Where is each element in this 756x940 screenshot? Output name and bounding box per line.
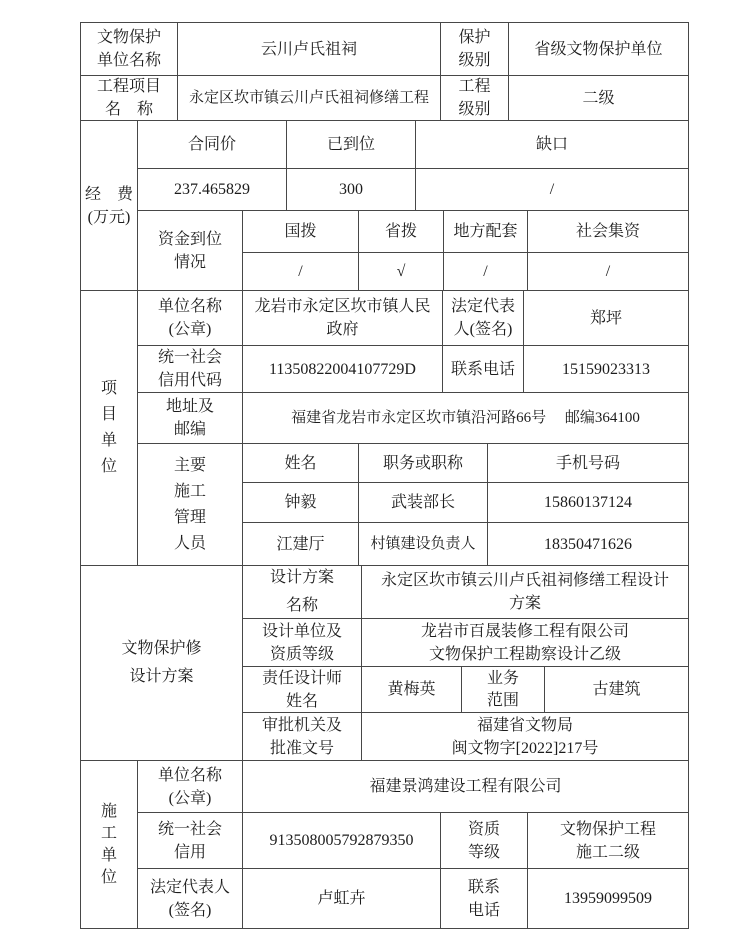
manager-row-name: 江建厅 [242,522,359,566]
design-plan-name-value: 永定区坎市镇云川卢氏祖祠修缮工程设计 方案 [361,565,689,619]
design-unit-label: 设计单位及 资质等级 [242,618,362,667]
construction-unit-representative-value: 卢虹卉 [242,868,441,929]
protection-level-value: 省级文物保护单位 [508,22,689,76]
heritage-project-form: 文物保护 单位名称 云川卢氏祖祠 保护 级别 省级文物保护单位 工程项目 名 称… [0,0,756,940]
construction-unit-credit-label: 统一社会 信用 [137,812,243,869]
construction-unit-section-label: 施 工 单 位 [80,760,138,929]
manager-row-phone: 15860137124 [487,482,689,523]
lead-designer-label: 责任设计师 姓名 [242,666,362,713]
project-unit-name-value: 龙岩市永定区坎市镇人民 政府 [242,290,443,346]
project-unit-address-label: 地址及 邮编 [137,392,243,444]
approval-authority-label: 审批机关及 批准文号 [242,712,362,761]
social-funding-header: 社会集资 [527,210,689,253]
funding-gap-value: / [415,168,689,211]
project-unit-phone-value: 15159023313 [523,345,689,393]
project-unit-credit-code-value: 11350822004107729D [242,345,443,393]
construction-unit-representative-label: 法定代表人 (签名) [137,868,243,929]
qualification-level-value: 文物保护工程 施工二级 [527,812,689,869]
project-unit-representative-label: 法定代表 人(签名) [442,290,524,346]
funding-gap-header: 缺口 [415,120,689,169]
approval-authority-value: 福建省文物局 闽文物字[2022]217号 [361,712,689,761]
manager-row-title: 村镇建设负责人 [358,522,488,566]
construction-unit-phone-label: 联系 电话 [440,868,528,929]
project-level-value: 二级 [508,75,689,121]
design-plan-section-label: 文物保护修 设计方案 [80,565,243,761]
project-unit-credit-code-label: 统一社会 信用代码 [137,345,243,393]
provincial-grant-header: 省拨 [358,210,444,253]
protected-unit-name-label: 文物保护 单位名称 [80,22,178,76]
manager-row-title: 武装部长 [358,482,488,523]
provincial-grant-checkmark: √ [358,252,444,291]
business-scope-label: 业务 范围 [461,666,545,713]
qualification-level-label: 资质 等级 [440,812,528,869]
protection-level-label: 保护 级别 [440,22,509,76]
contract-price-value: 237.465829 [137,168,287,211]
business-scope-value: 古建筑 [544,666,689,713]
manager-title-header: 职务或职称 [358,443,488,483]
national-grant-value: / [242,252,359,291]
project-unit-representative-value: 郑坪 [523,290,689,346]
construction-unit-name-value: 福建景鸿建设工程有限公司 [242,760,689,813]
received-funds-header: 已到位 [286,120,416,169]
project-unit-name-label: 单位名称 (公章) [137,290,243,346]
lead-designer-value: 黄梅英 [361,666,462,713]
contract-price-header: 合同价 [137,120,287,169]
construction-unit-name-label: 单位名称 (公章) [137,760,243,813]
manager-row-name: 钟毅 [242,482,359,523]
manager-row-phone: 18350471626 [487,522,689,566]
project-name-label: 工程项目 名 称 [80,75,178,121]
funds-availability-label: 资金到位 情况 [137,210,243,291]
local-matching-header: 地方配套 [443,210,528,253]
design-plan-name-label: 设计方案 名称 [242,565,362,619]
managers-section-label: 主要 施工 管理 人员 [137,443,243,566]
construction-unit-credit-value: 913508005792879350 [242,812,441,869]
national-grant-header: 国拨 [242,210,359,253]
received-funds-value: 300 [286,168,416,211]
project-unit-address-value: 福建省龙岩市永定区坎市镇沿河路66号 邮编364100 [242,392,689,444]
manager-name-header: 姓名 [242,443,359,483]
project-name-value: 永定区坎市镇云川卢氏祖祠修缮工程 [177,75,441,121]
project-unit-section-label: 项 目 单 位 [80,290,138,566]
project-unit-phone-label: 联系电话 [442,345,524,393]
protected-unit-name-value: 云川卢氏祖祠 [177,22,441,76]
local-matching-value: / [443,252,528,291]
construction-unit-phone-value: 13959099509 [527,868,689,929]
project-level-label: 工程 级别 [440,75,509,121]
design-unit-value: 龙岩市百晟装修工程有限公司 文物保护工程勘察设计乙级 [361,618,689,667]
social-funding-value: / [527,252,689,291]
manager-phone-header: 手机号码 [487,443,689,483]
funding-section-label: 经 费 (万元) [80,120,138,291]
